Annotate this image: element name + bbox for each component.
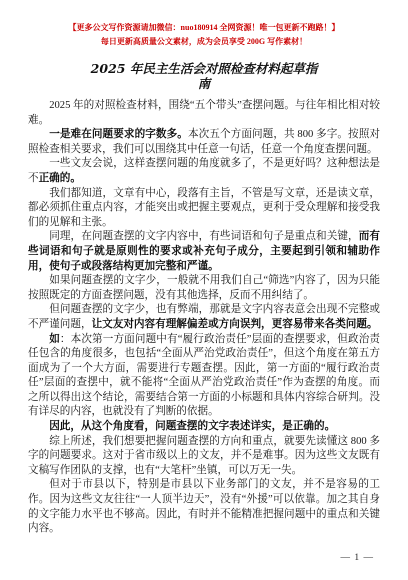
ad-banner: 【更多公文写作资源请加微信：nuo180914 全网资源！唯一包更新不跑路！】 … [0, 21, 408, 49]
page-number: — 1 — [341, 553, 375, 563]
paragraph-text-run: 同理，在问题查摆的文字内容中，有些词语和句子是重点和关键， [49, 231, 359, 242]
document-page: 【更多公文写作资源请加微信：nuo180914 全网资源！唯一包更新不跑路！】 … [0, 0, 408, 580]
paragraph: 如果问题查摆的文字少，一般就不用我们自己“筛选”内容了，因为只能按照既定的方面查… [28, 274, 380, 303]
paragraph-text-run: ：本次第一方面问题中有“履行政治责任”层面的查摆要求，但政治责任包含的角度很多，… [28, 334, 380, 418]
paragraph: 一些文友会说，这样查摆问题的角度就多了，不是更好吗？这种想法是不正确的。 [28, 157, 380, 186]
ad-line-2: 每日更新高质量公文素材，成为会员享受 200G 写作素材！ [0, 35, 408, 49]
paragraph: 但问题查摆的文字少，也有弊端，那就是文字内容表意会出现不完整或不严谨问题，让文友… [28, 303, 380, 332]
paragraph-bold-run: 一是难在问题要求的字数多。 [49, 129, 188, 140]
paragraph: 2025 年的对照检查材料，围绕“五个带头”查摆问题。与往年相比相对较难。 [28, 99, 380, 128]
paragraph-bold-run: 因此，从这个角度看，问题查摆的文字表述详实，是正确的。 [49, 421, 335, 432]
paragraph-bold-run: 让文友对内容有理解偏差或方向误判，更容易带来各类问题。 [92, 319, 378, 330]
document-body: 2025 年的对照检查材料，围绕“五个带头”查摆问题。与往年相比相对较难。一是难… [28, 99, 380, 537]
paragraph: 但对于市县以下，特别是市县以下业务部门的文友，并不是容易的工作。因为这些文友往往… [28, 478, 380, 536]
paragraph-text-run: 2025 年的对照检查材料，围绕“五个带头”查摆问题。与往年相比相对较难。 [28, 100, 380, 126]
paragraph: 我们都知道，文章有中心，段落有主旨，不管是写文章，还是读文章，都必须抓住重点内容… [28, 187, 380, 231]
ad-line-1: 【更多公文写作资源请加微信：nuo180914 全网资源！唯一包更新不跑路！】 [0, 21, 408, 35]
document-title: 2025 年民主生活会对照检查材料起草指南 [40, 61, 368, 91]
paragraph-text-run: 综上所述，我们想要把握问题查摆的方向和重点，就要先读懂这 800 多字的问题要求… [28, 436, 380, 476]
document-title-line-1: 2025 年民主生活会对照检查材料起草指 [91, 61, 318, 76]
paragraph: 如：本次第一方面问题中有“履行政治责任”层面的查摆要求，但政治责任包含的角度很多… [28, 333, 380, 421]
paragraph-text-run: 我们都知道，文章有中心，段落有主旨，不管是写文章，还是读文章，都必须抓住重点内容… [28, 188, 380, 228]
paragraph-text-run: 但对于市县以下，特别是市县以下业务部门的文友，并不是容易的工作。因为这些文友往往… [28, 479, 380, 534]
paragraph-bold-run: 如 [49, 334, 60, 345]
paragraph: 一是难在问题要求的字数多。本次五个方面问题，共 800 多字。按照对照检查相关要… [28, 128, 380, 157]
paragraph: 因此，从这个角度看，问题查摆的文字表述详实，是正确的。 [28, 420, 380, 435]
document-title-line-2: 南 [198, 76, 211, 91]
paragraph-bold-run: 正确的。 [39, 173, 81, 184]
paragraph: 综上所述，我们想要把握问题查摆的方向和重点，就要先读懂这 800 多字的问题要求… [28, 435, 380, 479]
paragraph: 同理，在问题查摆的文字内容中，有些词语和句子是重点和关键，而有些词语和句子就是原… [28, 230, 380, 274]
paragraph-text-run: 如果问题查摆的文字少，一般就不用我们自己“筛选”内容了，因为只能按照既定的方面查… [28, 275, 380, 301]
